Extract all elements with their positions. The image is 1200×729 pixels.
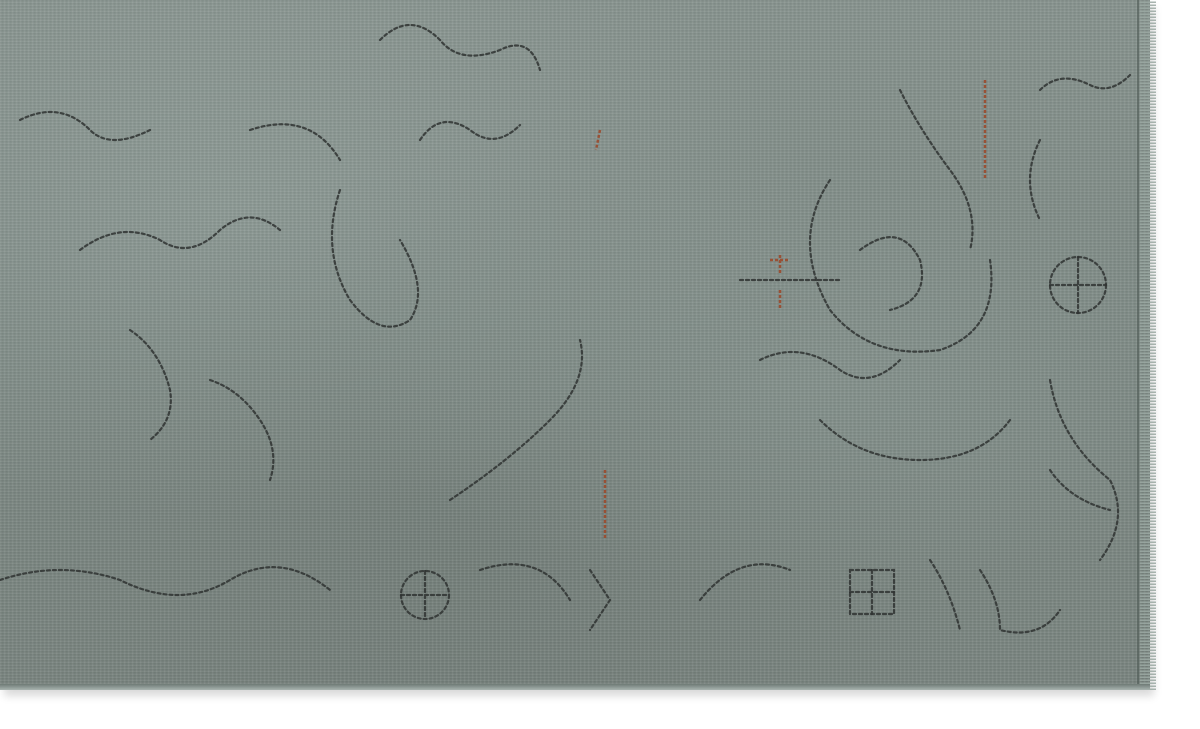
- rug-pattern-motifs: [0, 0, 1150, 690]
